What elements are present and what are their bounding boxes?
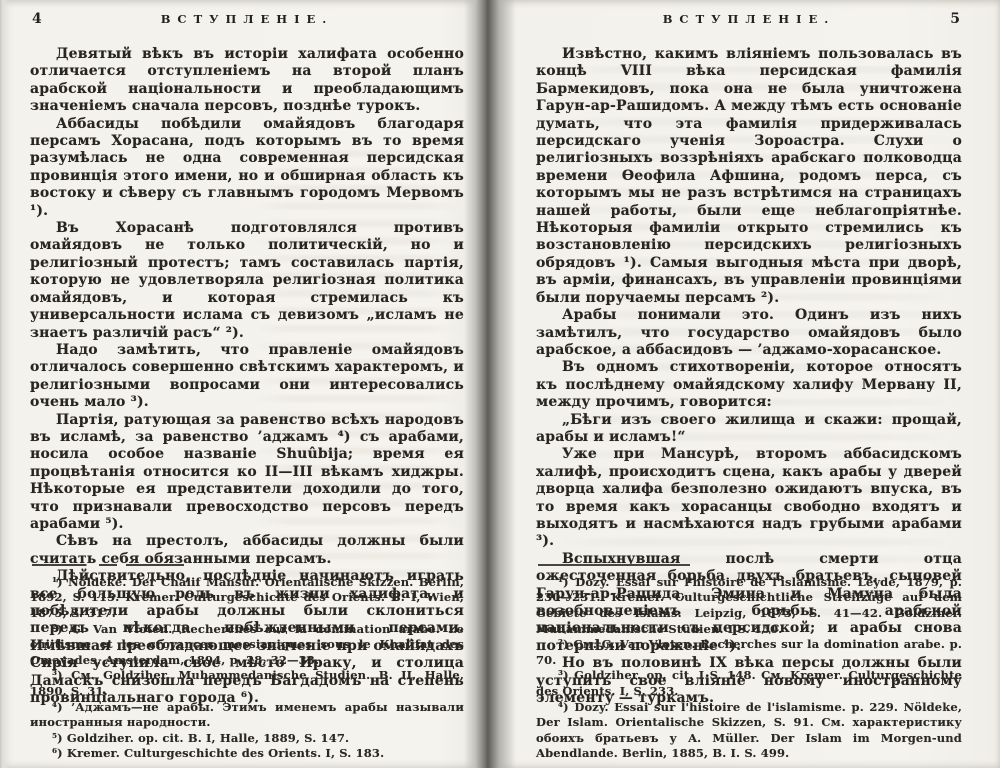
page-number-right: 5 (950, 11, 960, 27)
running-head-title-left: ВСТУПЛЕНІЕ. (30, 12, 464, 26)
footnote: ⁵) Goldziher. op. cit. B. I, Halle, 1889… (30, 731, 464, 747)
running-header-left: 4 ВСТУПЛЕНІЕ. (30, 12, 464, 32)
paragraph: Арабы понимали это. Одинъ изъ нихъ замѣт… (536, 307, 962, 359)
running-header-right: ВСТУПЛЕНІЕ. 5 (536, 12, 962, 32)
footnote: ³) См. Goldziher. Muhammedanische Studie… (30, 668, 464, 699)
footnotes-left: ¹) Nöldeke. Der Chalif Mansur. Orientali… (30, 564, 464, 762)
footnote-separator-left (32, 564, 184, 566)
paragraph: Въ Хорасанѣ подготовлялся противъ омайяд… (30, 220, 464, 342)
scan-left-edge-shadow (0, 0, 10, 768)
footnotes-right: ¹) Dozy. Essai sur l'histoire de l'islam… (536, 564, 962, 762)
running-head-title-right: ВСТУПЛЕНІЕ. (536, 12, 962, 26)
footnote-list-right: ¹) Dozy. Essai sur l'histoire de l'islam… (536, 575, 962, 762)
paragraph: Уже при Мансурѣ, второмъ аббасидскомъ ха… (536, 446, 962, 550)
footnote-separator-right (538, 564, 690, 566)
footnote: ²) G. Van Vloten. Recherches sur la domi… (30, 622, 464, 669)
paragraph: Партія, ратующая за равенство всѣхъ наро… (30, 412, 464, 534)
footnote: ³) Goldziher. op. cit. I S. 148. См. Kre… (536, 668, 962, 699)
footnote: ⁴) Dozy. Essai sur l'histoire de l'islam… (536, 700, 962, 762)
footnote-list-left: ¹) Nöldeke. Der Chalif Mansur. Orientali… (30, 575, 464, 762)
page-left: 4 ВСТУПЛЕНІЕ. Девятый вѣкъ въ исторіи ха… (30, 0, 464, 768)
footnote: ²) См. G. Van Vloten. Recherches sur la … (536, 637, 962, 668)
footnote: ¹) Nöldeke. Der Chalif Mansur. Orientali… (30, 575, 464, 622)
paragraph: Въ одномъ стихотвореніи, которое относят… (536, 359, 962, 411)
footnote: ⁴) ’Аджамъ—не арабы. Этимъ именемъ арабы… (30, 700, 464, 731)
paragraph: Аббасиды побѣдили омайядовъ благодаря пе… (30, 116, 464, 220)
footnote: ¹) Dozy. Essai sur l'histoire de l'islam… (536, 575, 962, 637)
paragraph: „Бѣги изъ своего жилища и скажи: прощай,… (536, 412, 962, 447)
paragraph: Надо замѣтить, что правленіе омайядовъ о… (30, 342, 464, 412)
footnote: ⁶) Kremer. Culturgeschichte des Orients.… (30, 746, 464, 762)
page-right: ВСТУПЛЕНІЕ. 5 Извѣстно, какимъ вліяніемъ… (536, 0, 962, 768)
paragraph: Извѣстно, какимъ вліяніемъ пользовалась … (536, 46, 962, 307)
book-scan-spread: 4 ВСТУПЛЕНІЕ. Девятый вѣкъ въ исторіи ха… (0, 0, 1000, 768)
book-gutter-shadow (464, 0, 516, 768)
paragraph: Девятый вѣкъ въ исторіи халифата особенн… (30, 46, 464, 116)
